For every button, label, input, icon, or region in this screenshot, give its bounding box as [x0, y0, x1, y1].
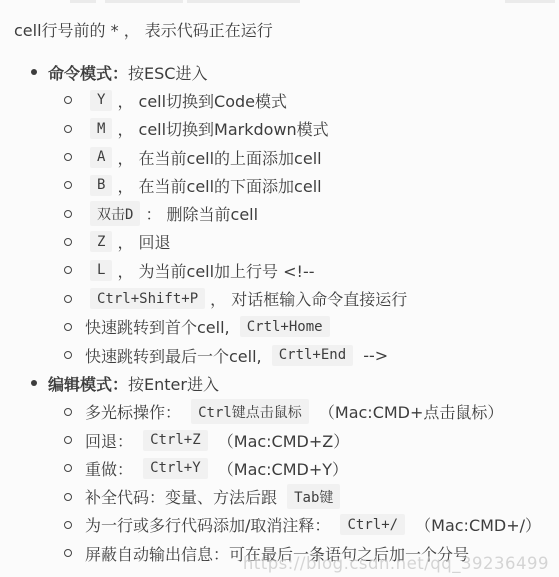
list-item: 多光标操作： Ctrl键点击鼠标 （Mac:CMD+点击鼠标） [0, 398, 559, 426]
bullet-circle-icon [64, 181, 72, 189]
item-text: （Mac:CMD+Y） [213, 457, 348, 480]
bullet-circle-icon [64, 266, 72, 274]
page-title: cell行号前的 * ， 表示代码正在运行 [14, 21, 273, 40]
item-text: （Mac:CMD+点击鼠标） [314, 400, 504, 423]
bullet-circle-icon [64, 521, 72, 529]
list-item: 快速跳转到最后一个cell, Crtl+End --> [0, 341, 559, 369]
item-text: 多光标操作： [85, 400, 186, 423]
key-code-chip: Ctrl+Z [143, 430, 208, 451]
bullet-circle-icon [64, 210, 72, 218]
key-code-chip: Ctrl+/ [340, 514, 405, 535]
list-item: Z， 回退 [0, 228, 559, 256]
notes-page: cell行号前的 * ， 表示代码正在运行 命令模式：按ESC进入Y， cell… [0, 0, 559, 577]
item-text: ， 在当前cell的上面添加cell [117, 146, 321, 169]
bullet-circle-icon [64, 549, 72, 557]
cropped-text-remnant [105, 0, 183, 3]
list-item: Ctrl+Shift+P， 对话框输入命令直接运行 [0, 284, 559, 312]
list-item: 补全代码：变量、方法后跟 Tab键 [0, 482, 559, 510]
bullet-circle-icon [64, 125, 72, 133]
item-text: 快速跳转到首个cell, [85, 315, 235, 338]
key-code-chip: Ctrl+Shift+P [90, 288, 205, 309]
key-code-chip: Crtl+Home [240, 316, 330, 337]
item-text: ： 删除当前cell [145, 202, 258, 225]
list-item: B， 在当前cell的下面添加cell [0, 171, 559, 199]
bullet-circle-icon [64, 295, 72, 303]
cropped-text-remnant [187, 0, 300, 3]
key-code-chip: M [90, 118, 112, 139]
list-item: Y， cell切换到Code模式 [0, 86, 559, 114]
list-item: 回退： Ctrl+Z （Mac:CMD+Z） [0, 426, 559, 454]
item-text: ， cell切换到Code模式 [117, 89, 287, 112]
item-text: --> [358, 346, 388, 365]
section-desc: 按ESC进入 [128, 61, 207, 84]
item-text: 屏蔽自动输出信息：可在最后一条语句之后加一个分号 [85, 542, 469, 565]
list-item: A， 在当前cell的上面添加cell [0, 143, 559, 171]
cropped-text-remnant [505, 0, 555, 3]
key-code-chip: Y [90, 90, 112, 111]
list-item: 快速跳转到首个cell, Crtl+Home [0, 313, 559, 341]
item-text: 为一行或多行代码添加/取消注释： [85, 513, 335, 536]
section-label: 命令模式： [48, 61, 128, 84]
list-item: 重做： Ctrl+Y （Mac:CMD+Y） [0, 454, 559, 482]
item-text: 快速跳转到最后一个cell, [85, 344, 267, 367]
bullet-disc-icon [31, 69, 37, 75]
item-text: ， 在当前cell的下面添加cell [117, 174, 321, 197]
list-item: 屏蔽自动输出信息：可在最后一条语句之后加一个分号 [0, 539, 559, 567]
key-code-chip: A [90, 147, 112, 168]
item-text: （Mac:CMD+Z） [213, 429, 350, 452]
bullet-circle-icon [64, 238, 72, 246]
bullet-circle-icon [64, 153, 72, 161]
section-heading: 编辑模式：按Enter进入 [0, 369, 559, 397]
item-text: 回退： [85, 429, 138, 452]
item-text: ， 回退 [117, 230, 170, 253]
key-code-chip: L [90, 260, 112, 281]
list-item: M， cell切换到Markdown模式 [0, 115, 559, 143]
item-text: ， 对话框输入命令直接运行 [210, 287, 407, 310]
bullet-circle-icon [64, 436, 72, 444]
bullet-circle-icon [64, 351, 72, 359]
item-text: ， cell切换到Markdown模式 [117, 117, 328, 140]
key-code-chip: 双击D [90, 201, 140, 226]
item-text: ， 为当前cell加上行号 <!-- [117, 259, 314, 282]
section-label: 编辑模式： [48, 372, 128, 395]
key-code-chip: Ctrl+Y [143, 458, 208, 479]
key-code-chip: Z [90, 231, 112, 252]
shortcut-list: 命令模式：按ESC进入Y， cell切换到Code模式M， cell切换到Mar… [0, 58, 559, 567]
item-text: 补全代码：变量、方法后跟 [85, 485, 282, 508]
bullet-disc-icon [31, 380, 37, 386]
key-code-chip: Crtl+End [272, 345, 353, 366]
list-item: L， 为当前cell加上行号 <!-- [0, 256, 559, 284]
bullet-circle-icon [64, 464, 72, 472]
bullet-circle-icon [64, 493, 72, 501]
list-item: 为一行或多行代码添加/取消注释： Ctrl+/ （Mac:CMD+/） [0, 511, 559, 539]
item-text: （Mac:CMD+/） [410, 513, 541, 536]
section-heading: 命令模式：按ESC进入 [0, 58, 559, 86]
key-code-chip: Ctrl键点击鼠标 [191, 399, 309, 424]
section-desc: 按Enter进入 [128, 372, 219, 395]
bullet-circle-icon [64, 408, 72, 416]
key-code-chip: B [90, 175, 112, 196]
bullet-circle-icon [64, 323, 72, 331]
cropped-text-remnant [70, 0, 96, 3]
bullet-circle-icon [64, 96, 72, 104]
list-item: 双击D： 删除当前cell [0, 199, 559, 227]
item-text: 重做： [85, 457, 138, 480]
key-code-chip: Tab键 [287, 484, 340, 509]
